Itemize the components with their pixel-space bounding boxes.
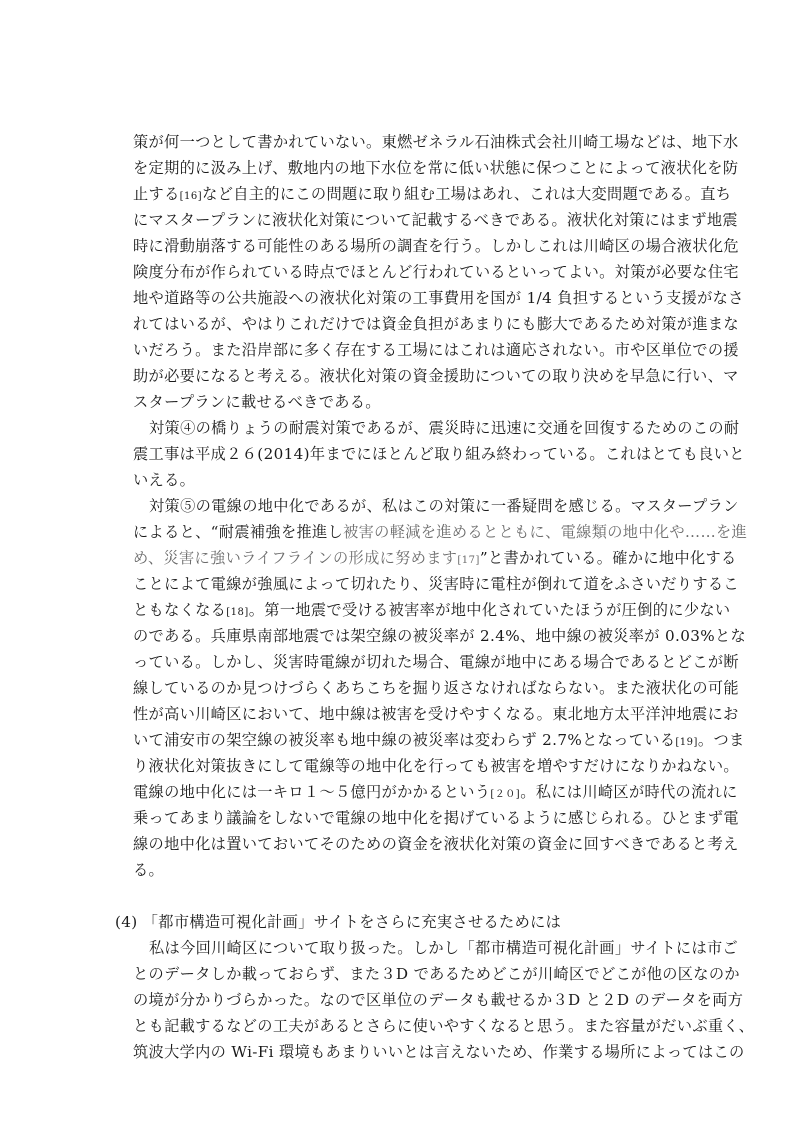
section-heading: (4) 「都市構造可視化計画」サイトをさらに充実させるためには [115, 909, 681, 935]
text-span: 。第一地震で受ける被害率が地中化されていたほうが圧倒的に少ない [249, 601, 731, 619]
text-span: ”と書かれている。確かに地中化する [480, 549, 737, 567]
spacer [133, 883, 681, 909]
text-line: 対策④の橋りょうの耐震対策であるが、震災時に迅速に交通を回復するためのこの耐 [133, 415, 681, 441]
text-line: を定期的に汲み上げ、敷地内の地下水位を常に低い状態に保つことによって液状化を防 [133, 155, 681, 181]
text-line: とのデータしか載っておらず、また３D であるためどこが川崎区でどこが他の区なのか [133, 961, 681, 987]
quoted-text: め、災害に強いライフラインの形成に努めます [133, 549, 457, 567]
text-line: 対策⑤の電線の地中化であるが、私はこの対策に一番疑問を感じる。マスタープラン [133, 493, 681, 519]
text-line: 地や道路等の公共施設への液状化対策の工事費用を国が 1/4 負担するという支援が… [133, 285, 681, 311]
text-line: スタープランに載せるべきである。 [133, 389, 681, 415]
citation-ref-17: [17] [457, 555, 480, 566]
citation-ref-16: [16] [180, 191, 203, 202]
document-page: 策が何一つとして書かれていない。東燃ゼネラル石油株式会社川崎工場などは、地下水 … [133, 129, 681, 1065]
paragraph-bridges: 対策④の橋りょうの耐震対策であるが、震災時に迅速に交通を回復するためのこの耐 震… [133, 415, 681, 493]
quoted-text: 被害の軽減を進めるとともに、電線類の地中化や……を進 [343, 523, 747, 541]
citation-ref-20: [２０] [490, 789, 520, 800]
text-line: いて浦安市の架空線の被災率も地中線の被災率は変わらず 2.7%となっている[19… [133, 727, 681, 753]
text-line: 策が何一つとして書かれていない。東燃ゼネラル石油株式会社川崎工場などは、地下水 [133, 129, 681, 155]
text-line: ともなくなる[18]。第一地震で受ける被害率が地中化されていたほうが圧倒的に少な… [133, 597, 681, 623]
citation-ref-19: [19] [675, 737, 698, 748]
text-span: 止する [133, 185, 180, 203]
text-line: 私は今回川崎区について取り扱った。しかし「都市構造可視化計画」サイトには市ご [133, 935, 681, 961]
text-line: っている。しかし、災害時電線が切れた場合、電線が地中にある場合であるとどこが断 [133, 649, 681, 675]
text-line: いえる。 [133, 467, 681, 493]
text-line: とも記載するなどの工夫があるとさらに使いやすくなると思う。また容量がだいぶ重く、 [133, 1013, 681, 1039]
text-line: の境が分かりづらかった。なので区単位のデータも載せるか３D と２D のデータを両… [133, 987, 681, 1013]
text-line: り液状化対策抜きにして電線等の地中化を行っても被害を増やすだけになりかねない。 [133, 753, 681, 779]
paragraph-underground-wires: 対策⑤の電線の地中化であるが、私はこの対策に一番疑問を感じる。マスタープラン に… [133, 493, 681, 883]
text-span: いて浦安市の架空線の被災率も地中線の被災率は変わらず 2.7%となっている [133, 731, 675, 749]
section-4: (4) 「都市構造可視化計画」サイトをさらに充実させるためには 私は今回川崎区に… [133, 909, 681, 1065]
text-line: いだろう。また沿岸部に多く存在する工場にはこれは適応されない。市や区単位での援 [133, 337, 681, 363]
text-line: 電線の地中化には一キロ１～５億円がかかるという[２０]。私には川崎区が時代の流れ… [133, 779, 681, 805]
text-line: 止する[16]など自主的にこの問題に取り組む工場はあれ、これは大変問題である。直… [133, 181, 681, 207]
text-line: ことによて電線が強風によって切れたり、災害時に電柱が倒れて道をふさいだりするこ [133, 571, 681, 597]
text-line: によると、“耐震補強を推進し被害の軽減を進めるとともに、電線類の地中化や……を進 [133, 519, 681, 545]
paragraph-liquefaction: 策が何一つとして書かれていない。東燃ゼネラル石油株式会社川崎工場などは、地下水 … [133, 129, 681, 415]
text-line: 険度分布が作られている時点でほとんど行われているといってよい。対策が必要な住宅 [133, 259, 681, 285]
text-line: 乗ってあまり議論をしないで電線の地中化を掲げているように感じられる。ひとまず電 [133, 805, 681, 831]
text-line: れてはいるが、やはりこれだけでは資金負担があまりにも膨大であるため対策が進まな [133, 311, 681, 337]
text-line: 時に滑動崩落する可能性のある場所の調査を行う。しかしこれは川崎区の場合液状化危 [133, 233, 681, 259]
text-line: 線しているのか見つけづらくあちこちを掘り返さなければならない。また液状化の可能 [133, 675, 681, 701]
text-line: め、災害に強いライフラインの形成に努めます[17]”と書かれている。確かに地中化… [133, 545, 681, 571]
citation-ref-18: [18] [226, 607, 249, 618]
text-span: 。私には川崎区が時代の流れに [520, 783, 738, 801]
text-span: 電線の地中化には一キロ１～５億円がかかるという [133, 783, 490, 801]
text-span: によると、“耐震補強を推進し [133, 523, 343, 541]
text-line: る。 [133, 857, 681, 883]
text-line: 筑波大学内の Wi-Fi 環境もあまりいいとは言えないため、作業する場所によって… [133, 1039, 681, 1065]
text-line: 線の地中化は置いておいてそのための資金を液状化対策の資金に回すべきであると考え [133, 831, 681, 857]
text-span: 。つま [698, 731, 745, 749]
text-span: など自主的にこの問題に取り組む工場はあれ、これは大変問題である。直ち [202, 185, 731, 203]
text-span: ともなくなる [133, 601, 226, 619]
text-line: 性が高い川崎区において、地中線は被害を受けやすくなる。東北地方太平洋沖地震にお [133, 701, 681, 727]
text-line: のである。兵庫県南部地震では架空線の被災率が 2.4%、地中線の被災率が 0.0… [133, 623, 681, 649]
text-line: 震工事は平成２６(2014)年までにほとんど取り組み終わっている。これはとても良… [133, 441, 681, 467]
text-line: 助が必要になると考える。液状化対策の資金援助についての取り決めを早急に行い、マ [133, 363, 681, 389]
text-line: にマスタープランに液状化対策について記載するべきである。液状化対策にはまず地震 [133, 207, 681, 233]
